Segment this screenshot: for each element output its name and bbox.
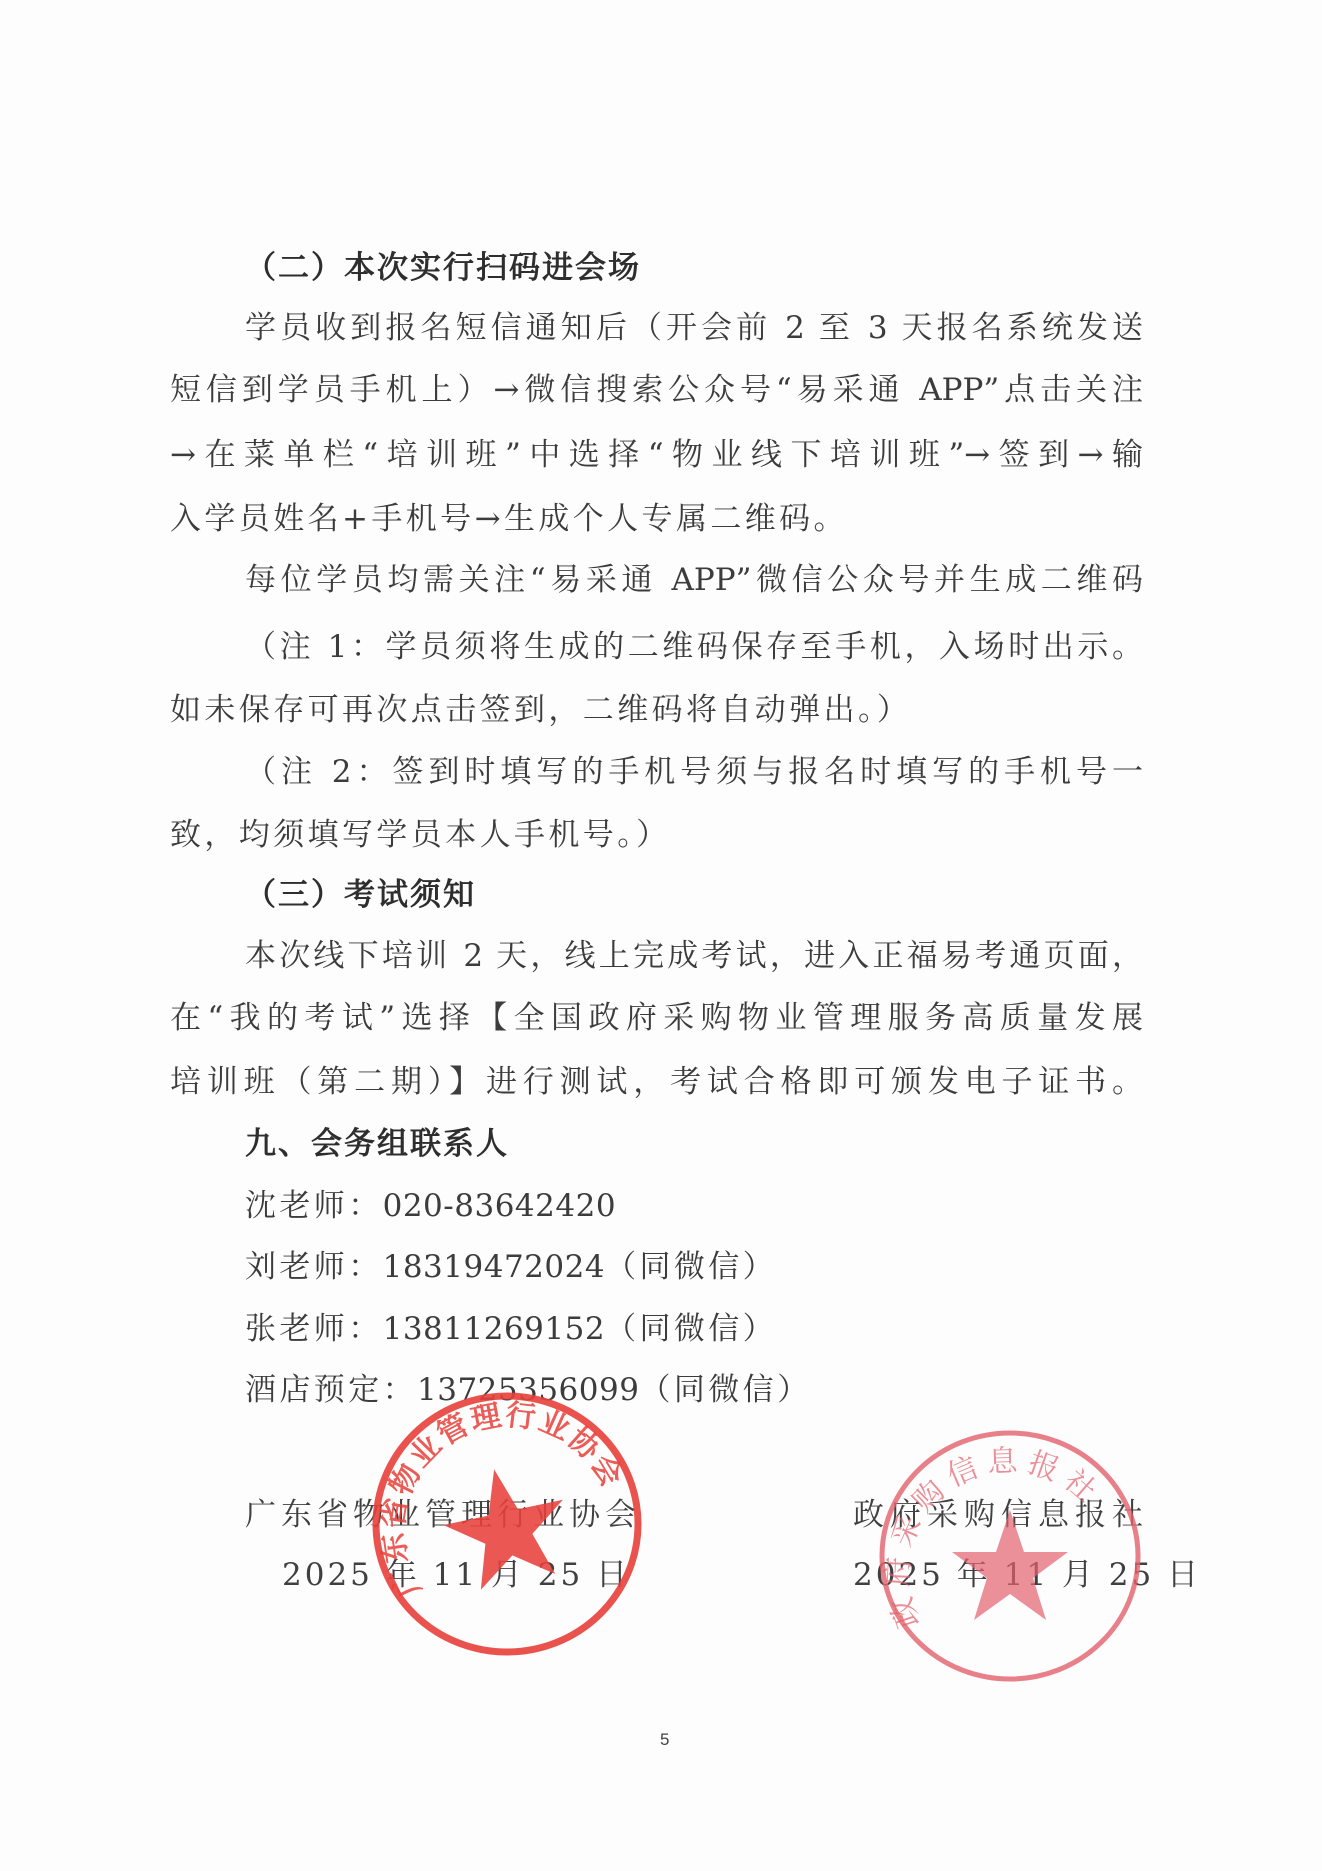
contact-phone: 18319472024	[383, 1249, 605, 1285]
contact-phone: 13725356099	[417, 1372, 639, 1408]
contact-label: 酒店预定：	[245, 1372, 417, 1408]
paragraph-line: 学员收到报名短信通知后（开会前 2 至 3 天报名系统发送	[245, 308, 1143, 348]
svg-text:政府采购信息报社: 政府采购信息报社	[880, 1444, 1109, 1633]
signature-org-left: 广东省物业管理行业协会	[245, 1495, 641, 1535]
paragraph-line: →在菜单栏“培训班”中选择“物业线下培训班”→签到→输	[170, 435, 1143, 475]
section-heading-exam: （三）考试须知	[245, 875, 476, 915]
document-page: （二）本次实行扫码进会场 学员收到报名短信通知后（开会前 2 至 3 天报名系统…	[0, 0, 1322, 1871]
note-line: （注 1：学员须将生成的二维码保存至手机，入场时出示。	[245, 627, 1143, 667]
note-line: 如未保存可再次点击签到，二维码将自动弹出。）	[170, 690, 911, 730]
paragraph-line: 短信到学员手机上）→微信搜索公众号“易采通 APP”点击关注	[170, 370, 1143, 410]
note-line: （注 2：签到时填写的手机号须与报名时填写的手机号一	[245, 752, 1143, 792]
contact-row: 沈老师：020-83642420	[245, 1186, 616, 1226]
contact-label: 刘老师：	[245, 1249, 383, 1285]
contact-row: 刘老师：18319472024（同微信）	[245, 1247, 777, 1287]
note-line: 致，均须填写学员本人手机号。）	[170, 815, 671, 855]
contact-row: 酒店预定：13725356099（同微信）	[245, 1370, 811, 1410]
contact-label: 张老师：	[245, 1311, 383, 1347]
paragraph-line: 本次线下培训 2 天，线上完成考试，进入正福易考通页面，	[245, 936, 1143, 976]
signature-org-right: 政府采购信息报社	[853, 1495, 1149, 1535]
signature-date-right: 2025 年 11 月 25 日	[853, 1555, 1201, 1595]
paragraph-line: 培训班（第二期）】进行测试，考试合格即可颁发电子证书。	[170, 1062, 1143, 1102]
contact-note: （同微信）	[605, 1311, 777, 1347]
signature-date-left: 2025 年 11 月 25 日	[282, 1555, 630, 1595]
paragraph-line: 每位学员均需关注“易采通 APP”微信公众号并生成二维码	[245, 560, 1143, 600]
contact-label: 沈老师：	[245, 1188, 383, 1224]
contact-row: 张老师：13811269152（同微信）	[245, 1309, 777, 1349]
contact-note: （同微信）	[605, 1249, 777, 1285]
section-heading-scan-entry: （二）本次实行扫码进会场	[245, 248, 641, 288]
paragraph-line: 在“我的考试”选择【全国政府采购物业管理服务高质量发展	[170, 998, 1143, 1038]
page-number: 5	[660, 1730, 669, 1750]
paragraph-line: 入学员姓名+手机号→生成个人专属二维码。	[170, 499, 848, 539]
contact-note: （同微信）	[639, 1372, 811, 1408]
contact-phone: 13811269152	[383, 1311, 605, 1347]
section-heading-contacts: 九、会务组联系人	[245, 1124, 509, 1164]
contact-phone: 020-83642420	[383, 1188, 616, 1224]
